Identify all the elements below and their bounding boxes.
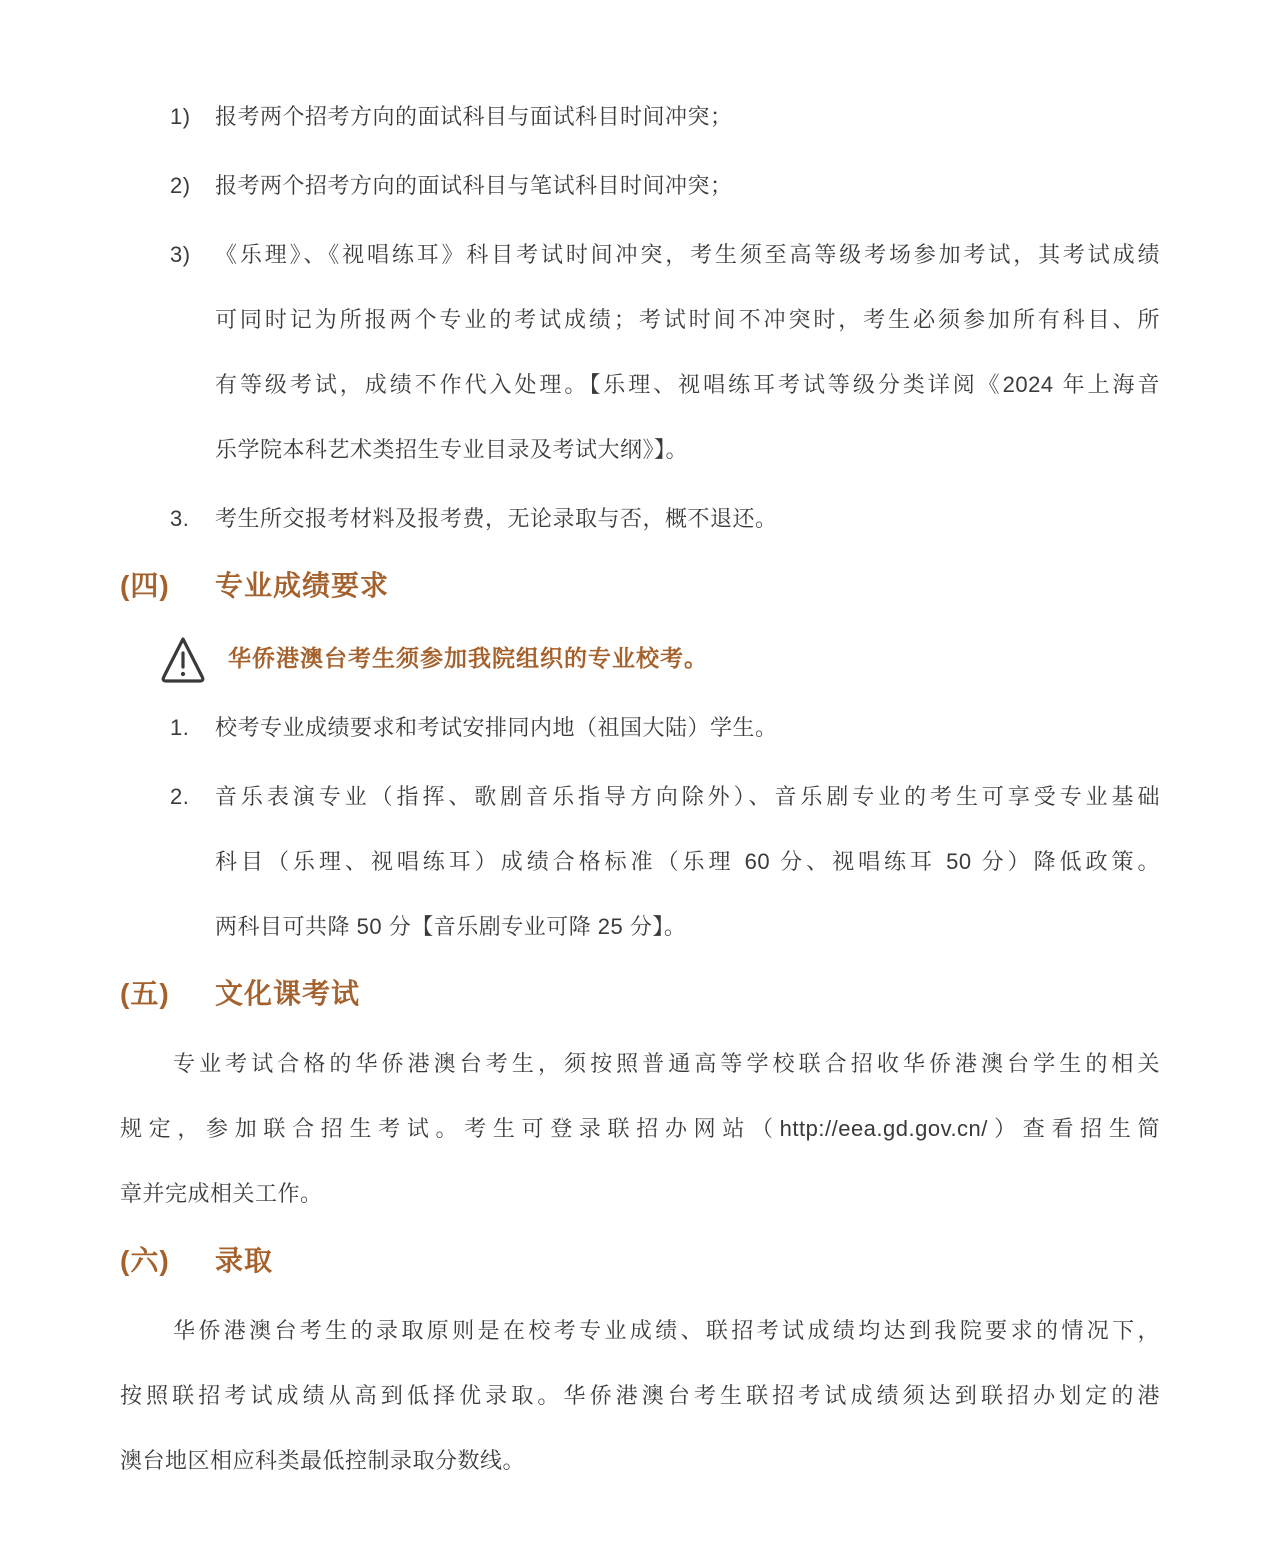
- document-body: 1) 报考两个招考方向的面试科目与面试科目时间冲突； 2) 报考两个招考方向的面…: [120, 80, 1160, 1493]
- warning-note: 华侨港澳台考生须参加我院组织的专业校考。: [160, 626, 1160, 691]
- paragraph-line: 华侨港澳台考生的录取原则是在校考专业成绩、联招考试成绩均达到我院要求的情况下，: [120, 1298, 1160, 1363]
- list-item-text: 音乐表演专业（指挥、歌剧音乐指导方向除外）、音乐剧专业的考生可享受专业基础: [215, 764, 1160, 829]
- numbered-item-s4-1: 1. 校考专业成绩要求和考试安排同内地（祖国大陆）学生。: [120, 695, 1160, 760]
- section-heading-6: (六) 录取: [120, 1228, 1160, 1293]
- numbered-item-s4-2: 2. 音乐表演专业（指挥、歌剧音乐指导方向除外）、音乐剧专业的考生可享受专业基础: [120, 764, 1160, 829]
- list-item-text: 报考两个招考方向的面试科目与面试科目时间冲突；: [215, 84, 1160, 149]
- list-marker: 2.: [170, 764, 215, 829]
- section-heading-5: (五) 文化课考试: [120, 961, 1160, 1026]
- list-item-text: 校考专业成绩要求和考试安排同内地（祖国大陆）学生。: [215, 695, 1160, 760]
- list-item-continuation: 可同时记为所报两个专业的考试成绩；考试时间不冲突时，考生必须参加所有科目、所: [215, 287, 1160, 352]
- list-item-continuation: 两科目可共降 50 分【音乐剧专业可降 25 分】。: [215, 894, 1160, 959]
- section-heading-4: (四) 专业成绩要求: [120, 553, 1160, 618]
- paragraph-line: 澳台地区相应科类最低控制录取分数线。: [120, 1428, 1160, 1493]
- list-item-continuation: 乐学院本科艺术类招生专业目录及考试大纲》】。: [215, 417, 1160, 482]
- warning-text: 华侨港澳台考生须参加我院组织的专业校考。: [228, 626, 708, 691]
- paragraph-line: 规定，参加联合招生考试。考生可登录联招办网站（http://eea.gd.gov…: [120, 1096, 1160, 1161]
- document-page: 1) 报考两个招考方向的面试科目与面试科目时间冲突； 2) 报考两个招考方向的面…: [0, 0, 1280, 1566]
- warning-triangle-icon: [160, 634, 206, 684]
- section-title: 专业成绩要求: [215, 553, 389, 618]
- paragraph-line: 章并完成相关工作。: [120, 1161, 1160, 1226]
- section-title: 文化课考试: [215, 961, 360, 1026]
- list-item-continuation: 科目（乐理、视唱练耳）成绩合格标准（乐理 60 分、视唱练耳 50 分）降低政策…: [215, 829, 1160, 894]
- list-marker: 1): [170, 84, 215, 149]
- section-number: (四): [120, 553, 215, 618]
- paragraph-line: 按照联招考试成绩从高到低择优录取。华侨港澳台考生联招考试成绩须达到联招办划定的港: [120, 1363, 1160, 1428]
- numbered-item-2: 2) 报考两个招考方向的面试科目与笔试科目时间冲突；: [120, 153, 1160, 218]
- paragraph-line: 专业考试合格的华侨港澳台考生，须按照普通高等学校联合招收华侨港澳台学生的相关: [120, 1031, 1160, 1096]
- section-title: 录取: [215, 1228, 273, 1293]
- list-marker: 3.: [170, 486, 215, 551]
- list-item-text: 《乐理》、《视唱练耳》科目考试时间冲突，考生须至高等级考场参加考试，其考试成绩: [215, 222, 1160, 287]
- list-marker: 1.: [170, 695, 215, 760]
- list-item-text: 报考两个招考方向的面试科目与笔试科目时间冲突；: [215, 153, 1160, 218]
- numbered-item-3: 3) 《乐理》、《视唱练耳》科目考试时间冲突，考生须至高等级考场参加考试，其考试…: [120, 222, 1160, 287]
- section-number: (六): [120, 1228, 215, 1293]
- list-item-text: 考生所交报考材料及报考费，无论录取与否，概不退还。: [215, 486, 1160, 551]
- list-item-continuation: 有等级考试，成绩不作代入处理。【乐理、视唱练耳考试等级分类详阅《2024 年上海…: [215, 352, 1160, 417]
- section-number: (五): [120, 961, 215, 1026]
- list-marker: 3): [170, 222, 215, 287]
- numbered-item-3-dot: 3. 考生所交报考材料及报考费，无论录取与否，概不退还。: [120, 486, 1160, 551]
- numbered-item-1: 1) 报考两个招考方向的面试科目与面试科目时间冲突；: [120, 84, 1160, 149]
- list-marker: 2): [170, 153, 215, 218]
